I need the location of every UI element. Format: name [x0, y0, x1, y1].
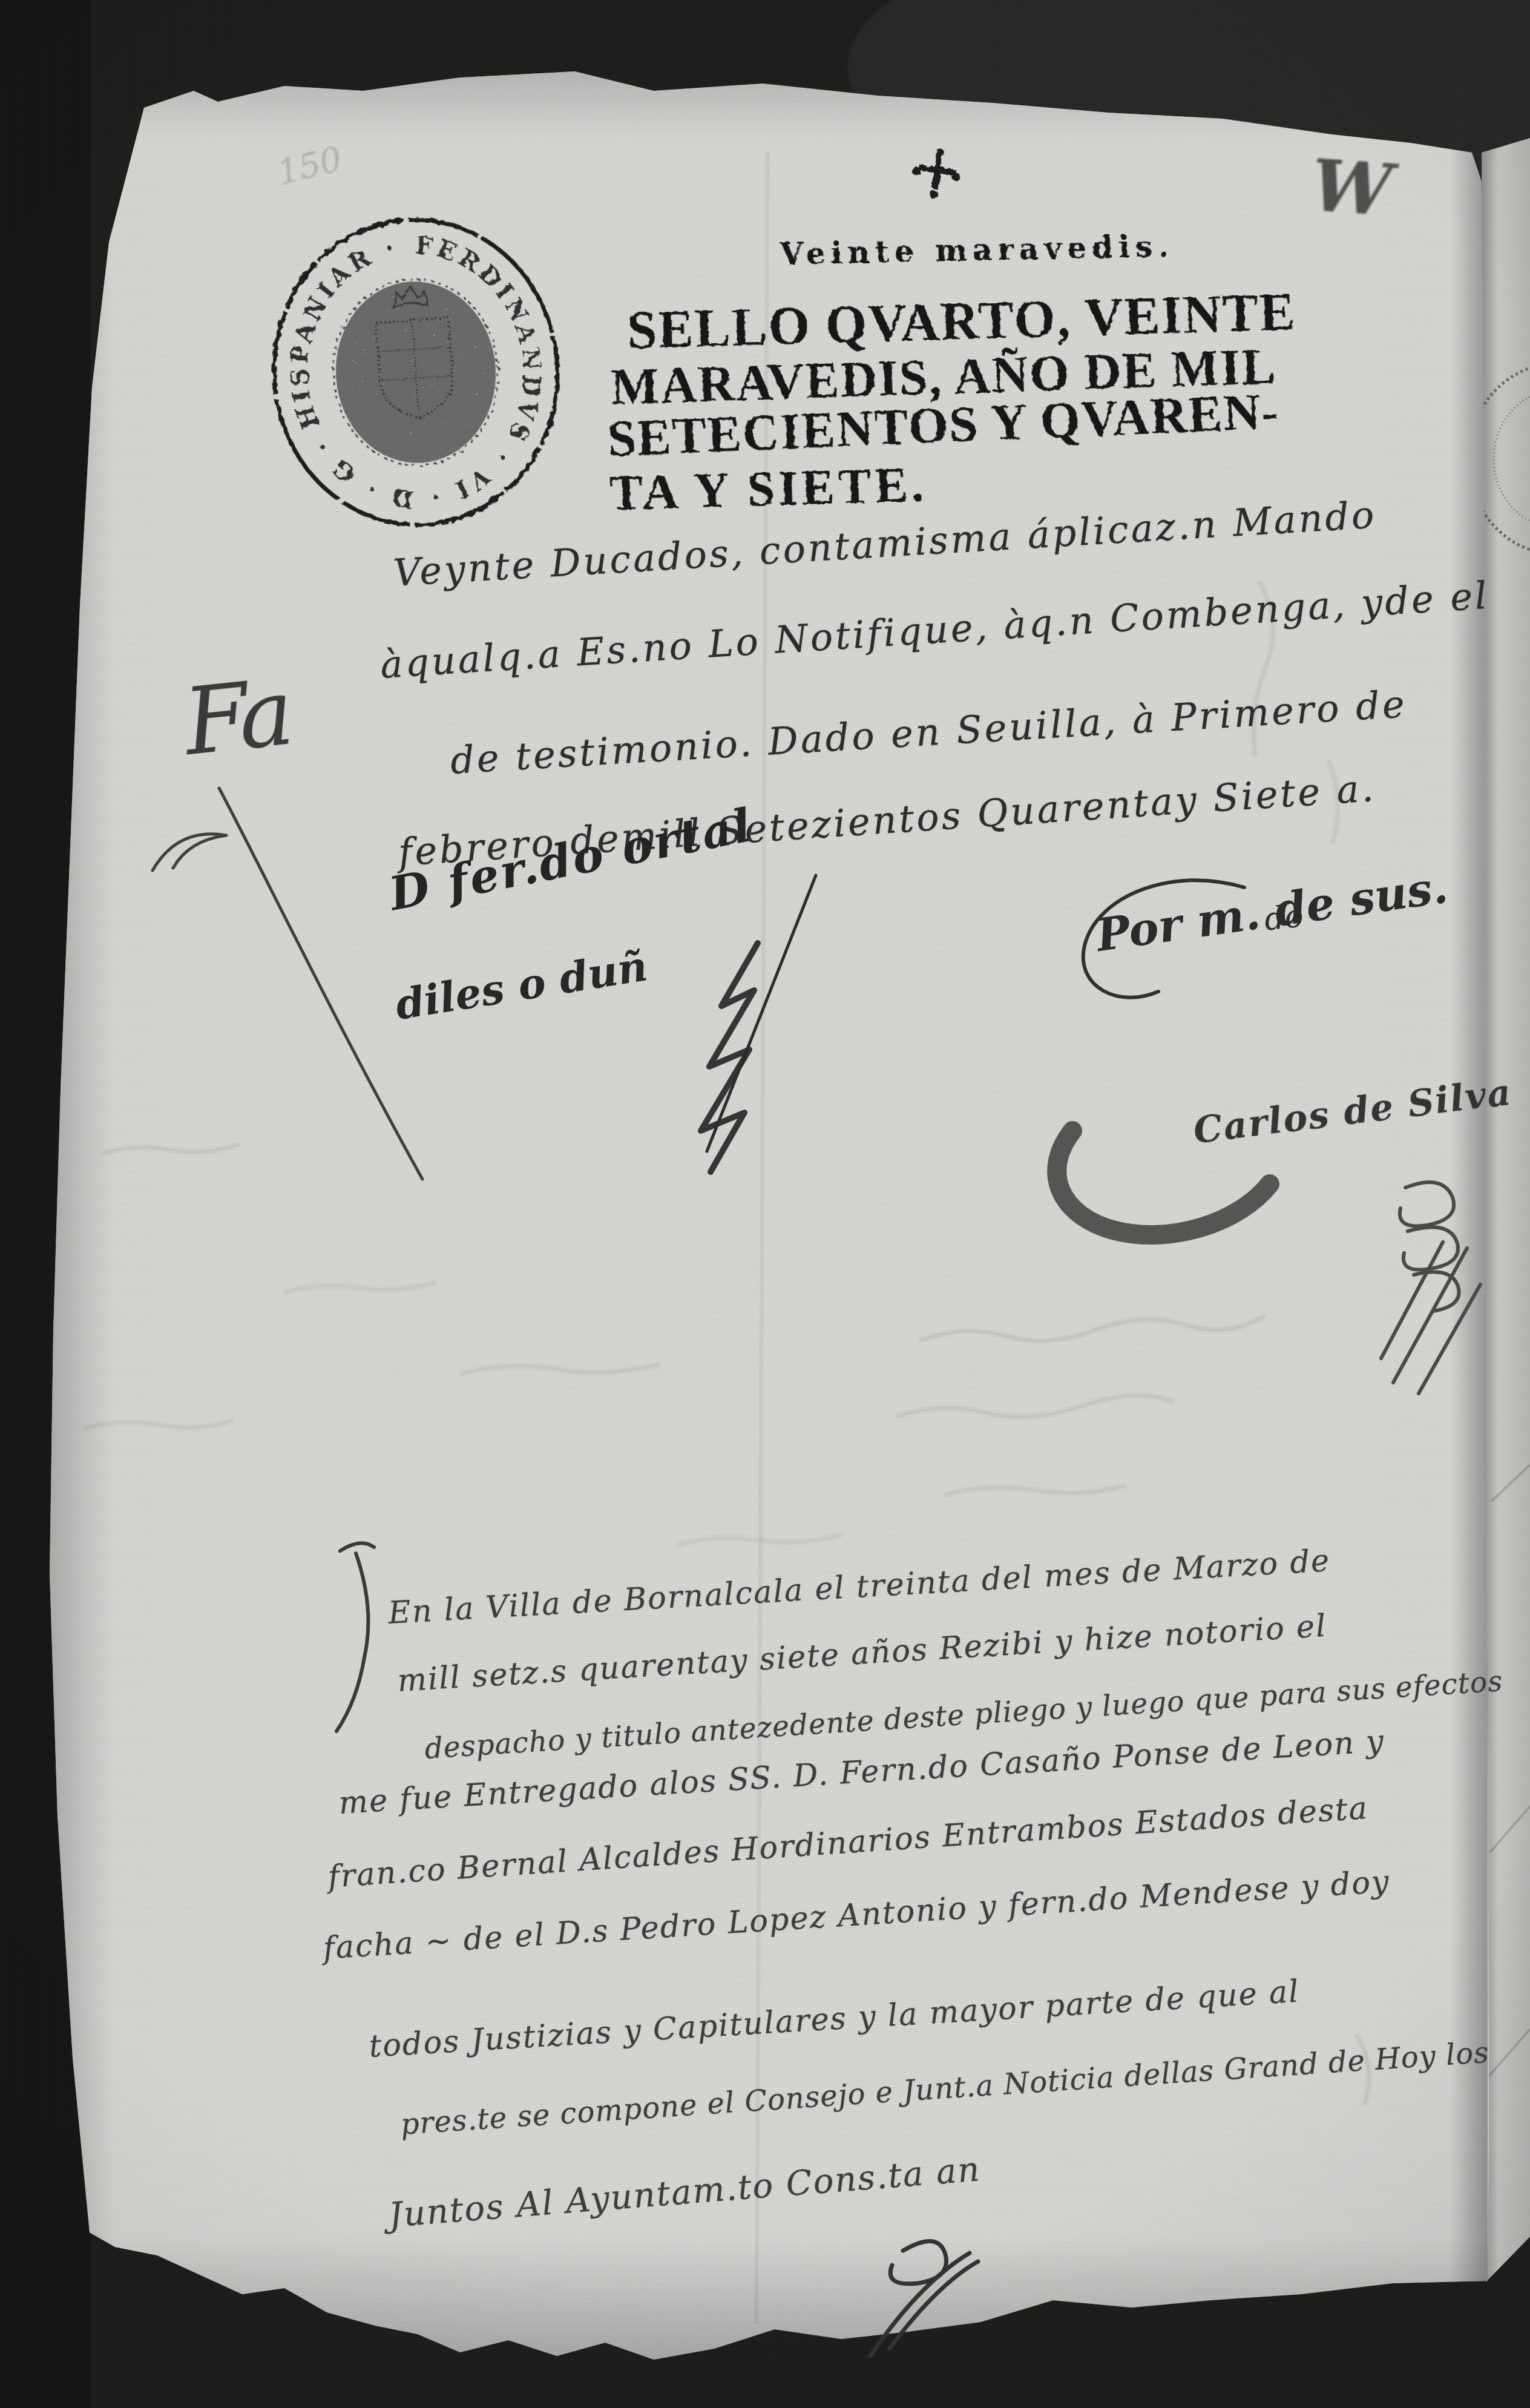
- manuscript-scan: FERDINANDVS · VI · D · G · HISPANIAR · R…: [0, 0, 1530, 2408]
- corner-ink-mark: W: [1308, 143, 1394, 232]
- next-page-edge: [1482, 138, 1530, 2282]
- stamp-title-line-4: TA Y SIETE.: [609, 456, 928, 522]
- margin-rubric: Fa: [179, 659, 295, 776]
